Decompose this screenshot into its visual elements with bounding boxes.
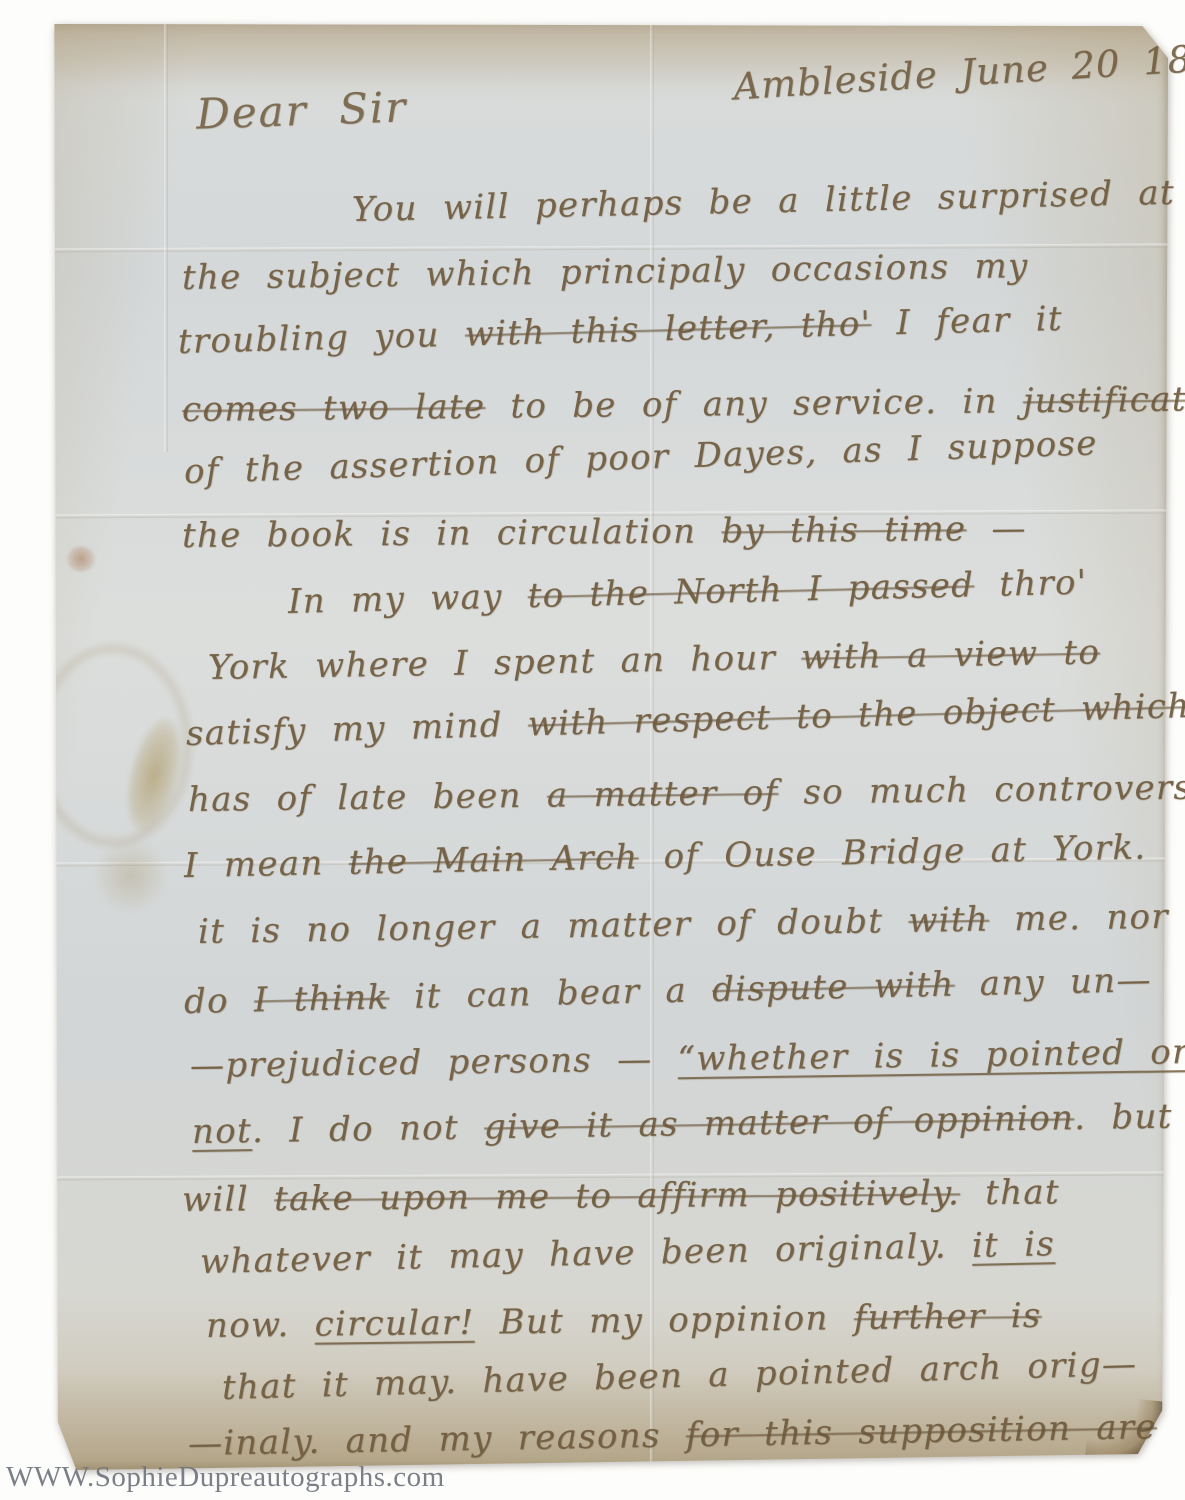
text-segment: satisfy my mind (185, 704, 528, 754)
text-segment: — (966, 509, 1027, 550)
text-segment: I fear it (871, 299, 1064, 344)
struck-text: with a view to (801, 632, 1101, 677)
text-segment: You will perhaps be a little surprised a… (352, 173, 1176, 230)
struck-text: a matter of (547, 773, 779, 816)
handwritten-line: it is no longer a matter of doubt with m… (198, 897, 1169, 952)
text-segment: . I do not (252, 1107, 485, 1151)
text-segment: to be of any service. in (485, 381, 1023, 427)
text-segment: whatever it may have been originaly. (200, 1226, 973, 1282)
struck-text: by this time (721, 509, 966, 551)
scan-background: Ambleside June 20 1803 Dear Sir You will… (0, 0, 1185, 1500)
struck-text: dispute with (712, 965, 955, 1010)
handwritten-line: has of late been a matter of so much con… (188, 767, 1185, 820)
text-segment: of the assertion of poor Dayes, as I sup… (183, 423, 1098, 492)
struck-text: justification (1023, 379, 1185, 421)
struck-text: with respect to the object which (527, 686, 1185, 744)
struck-text: the Main Arch (348, 837, 639, 883)
struck-text: I think (253, 977, 389, 1020)
handwritten-line: now. circular! But my oppinion further i… (206, 1296, 1042, 1346)
text-segment: so much controversy (778, 767, 1185, 812)
watermark: WWW.SophieDupreautographs.com (6, 1461, 445, 1494)
struck-text: for this supposition are (685, 1407, 1157, 1455)
letter-body: Ambleside June 20 1803 Dear Sir You will… (0, 0, 1185, 1500)
text-segment: York where I spent an hour (208, 638, 802, 688)
handwritten-line: troubling you with this letter, tho' I f… (177, 299, 1063, 362)
dateline: Ambleside June 20 1803 (732, 35, 1185, 109)
text-segment: the subject which principaly occasions m… (182, 246, 1029, 298)
text-segment: do (184, 980, 255, 1022)
text-segment: that it may. have been a pointed arch or… (221, 1344, 1137, 1408)
handwritten-line: I mean the Main Arch of Ouse Bridge at Y… (184, 828, 1147, 886)
handwritten-line: will take upon me to affirm positively. … (182, 1172, 1060, 1220)
text-segment: . but (1074, 1097, 1173, 1139)
text-segment: it is no longer a matter of doubt (198, 901, 909, 952)
text-segment: But my oppinion (474, 1298, 854, 1343)
text-segment: any un— (954, 960, 1152, 1004)
handwritten-line: the book is in circulation by this time … (182, 509, 1027, 556)
handwritten-line: the subject which principaly occasions m… (182, 246, 1029, 298)
struck-text: take upon me to affirm positively. (274, 1173, 960, 1219)
handwritten-line: whatever it may have been originaly. it … (200, 1224, 1056, 1282)
struck-text: to the North I passed (527, 565, 974, 616)
text-segment: In my way (288, 576, 529, 622)
handwritten-line: You will perhaps be a little surprised a… (352, 173, 1176, 230)
text-segment: —prejudiced persons — (190, 1039, 678, 1086)
handwritten-line: do I think it can bear a dispute with an… (184, 960, 1153, 1022)
struck-text: further is (853, 1296, 1041, 1338)
handwritten-line: that it may. have been a pointed arch or… (221, 1344, 1137, 1408)
underlined-text: circular! (314, 1303, 474, 1345)
text-segment: that (960, 1172, 1060, 1213)
struck-text: give it as matter of oppinion (484, 1098, 1075, 1147)
text-segment: thro' (974, 562, 1088, 605)
handwritten-line: In my way to the North I passed thro' (288, 562, 1088, 622)
handwritten-line: of the assertion of poor Dayes, as I sup… (183, 423, 1098, 492)
underlined-text: not (192, 1111, 253, 1152)
handwritten-line: —inaly. and my reasons for this supposit… (188, 1407, 1157, 1464)
text-segment: now. (206, 1305, 315, 1346)
text-segment: has of late been (188, 776, 547, 820)
handwritten-line: York where I spent an hour with a view t… (208, 632, 1101, 688)
underlined-text: “whether is is pointed or (677, 1032, 1185, 1079)
struck-text: comes two late (182, 387, 486, 430)
handwritten-line: —prejudiced persons — “whether is is poi… (190, 1032, 1185, 1086)
text-segment: I mean (184, 843, 349, 886)
text-segment: the book is in circulation (182, 511, 722, 556)
text-segment: troubling you (177, 314, 465, 361)
handwritten-line: satisfy my mind with respect to the obje… (185, 686, 1185, 754)
text-segment: me. nor (989, 897, 1169, 940)
salutation: Dear Sir (195, 82, 408, 138)
text-segment: —inaly. and my reasons (188, 1415, 686, 1464)
struck-text: with (908, 900, 989, 941)
struck-text: with this letter, tho' (464, 304, 872, 355)
handwritten-line: not. I do not give it as matter of oppin… (192, 1097, 1173, 1152)
text-segment: will (182, 1179, 274, 1220)
text-segment: of Ouse Bridge at York. (638, 828, 1147, 878)
underlined-text: it is (971, 1224, 1055, 1266)
handwritten-line: comes two late to be of any service. in … (182, 379, 1185, 430)
text-segment: it can bear a (389, 970, 713, 1017)
